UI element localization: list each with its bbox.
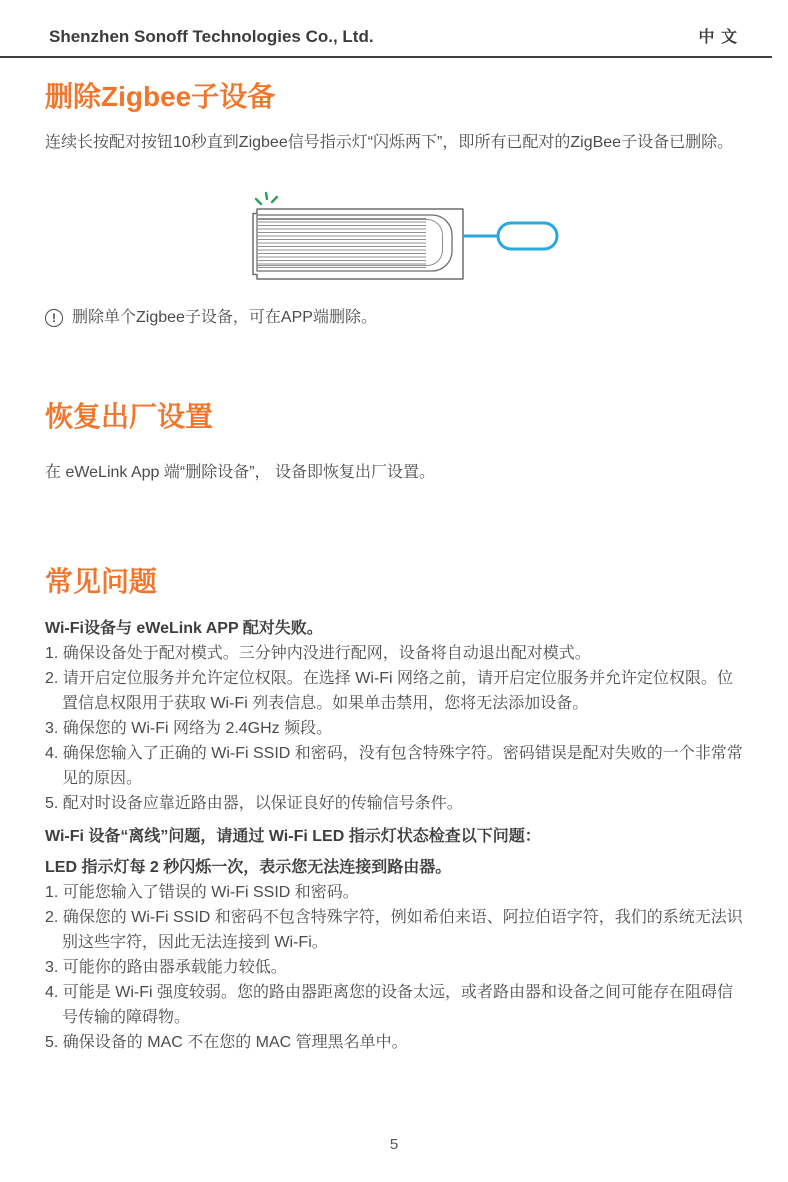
language-label: 中 文 <box>699 24 738 47</box>
page-number: 5 <box>390 1136 398 1153</box>
company-name: Shenzhen Sonoff Technologies Co., Ltd. <box>49 27 374 47</box>
manual-page: Shenzhen Sonoff Technologies Co., Ltd. 中… <box>0 0 788 1055</box>
zigbee-hub-drawing <box>253 209 463 279</box>
section-title-factory-reset: 恢复出厂设置 <box>45 401 743 432</box>
section-title-faq: 常见问题 <box>45 566 743 597</box>
faq-pairing-fail-heading: Wi-Fi设备与 eWeLink APP 配对失败。 <box>45 616 743 641</box>
reset-pin-icon <box>463 223 557 249</box>
page-content: 删除Zigbee子设备 连续长按配对按钮10秒直到Zigbee信号指示灯“闪烁两… <box>0 81 788 1055</box>
list-item: 3. 可能你的路由器承载能力较低。 <box>45 955 743 980</box>
blink-indicator-icon <box>256 193 277 204</box>
list-item: 5. 配对时设备应靠近路由器，以保证良好的传输信号条件。 <box>45 791 743 816</box>
page-header: Shenzhen Sonoff Technologies Co., Ltd. 中… <box>0 0 788 47</box>
faq-offline-subheading: LED 指示灯每 2 秒闪烁一次，表示您无法连接到路由器。 <box>45 855 743 880</box>
list-item: 4. 确保您输入了正确的 Wi-Fi SSID 和密码，没有包含特殊字符。密码错… <box>45 741 743 791</box>
device-illustration <box>250 186 562 298</box>
zigbee-hub-figure <box>250 186 562 298</box>
list-item: 2. 请开启定位服务并允许定位权限。在选择 Wi-Fi 网络之前，请开启定位服务… <box>45 666 743 716</box>
list-item: 1. 可能您输入了错误的 Wi-Fi SSID 和密码。 <box>45 880 743 905</box>
section-title-delete-zigbee: 删除Zigbee子设备 <box>45 81 743 112</box>
list-item: 4. 可能是 Wi-Fi 强度较弱。您的路由器距离您的设备太远，或者路由器和设备… <box>45 980 743 1030</box>
delete-zigbee-body: 连续长按配对按钮10秒直到Zigbee信号指示灯“闪烁两下”，即所有已配对的Zi… <box>45 129 743 156</box>
list-item: 1. 确保设备处于配对模式。三分钟内没进行配网，设备将自动退出配对模式。 <box>45 641 743 666</box>
list-item: 3. 确保您的 Wi-Fi 网络为 2.4GHz 频段。 <box>45 716 743 741</box>
note: ! 删除单个Zigbee子设备，可在APP端删除。 <box>45 307 743 329</box>
offline-list: 1. 可能您输入了错误的 Wi-Fi SSID 和密码。 2. 确保您的 Wi-… <box>45 880 743 1055</box>
header-divider <box>0 56 772 58</box>
factory-reset-body: 在 eWeLink App 端“删除设备”， 设备即恢复出厂设置。 <box>45 459 743 486</box>
list-item: 5. 确保设备的 MAC 不在您的 MAC 管理黑名单中。 <box>45 1030 743 1055</box>
faq-offline-heading: Wi-Fi 设备“离线”问题，请通过 Wi-Fi LED 指示灯状态检查以下问题… <box>45 824 743 849</box>
alert-icon: ! <box>45 309 63 327</box>
list-item: 2. 确保您的 Wi-Fi SSID 和密码不包含特殊字符，例如希伯来语、阿拉伯… <box>45 905 743 955</box>
note-text: 删除单个Zigbee子设备，可在APP端删除。 <box>72 307 377 329</box>
pairing-fail-list: 1. 确保设备处于配对模式。三分钟内没进行配网，设备将自动退出配对模式。 2. … <box>45 641 743 816</box>
page-footer: 5 <box>0 1136 788 1153</box>
